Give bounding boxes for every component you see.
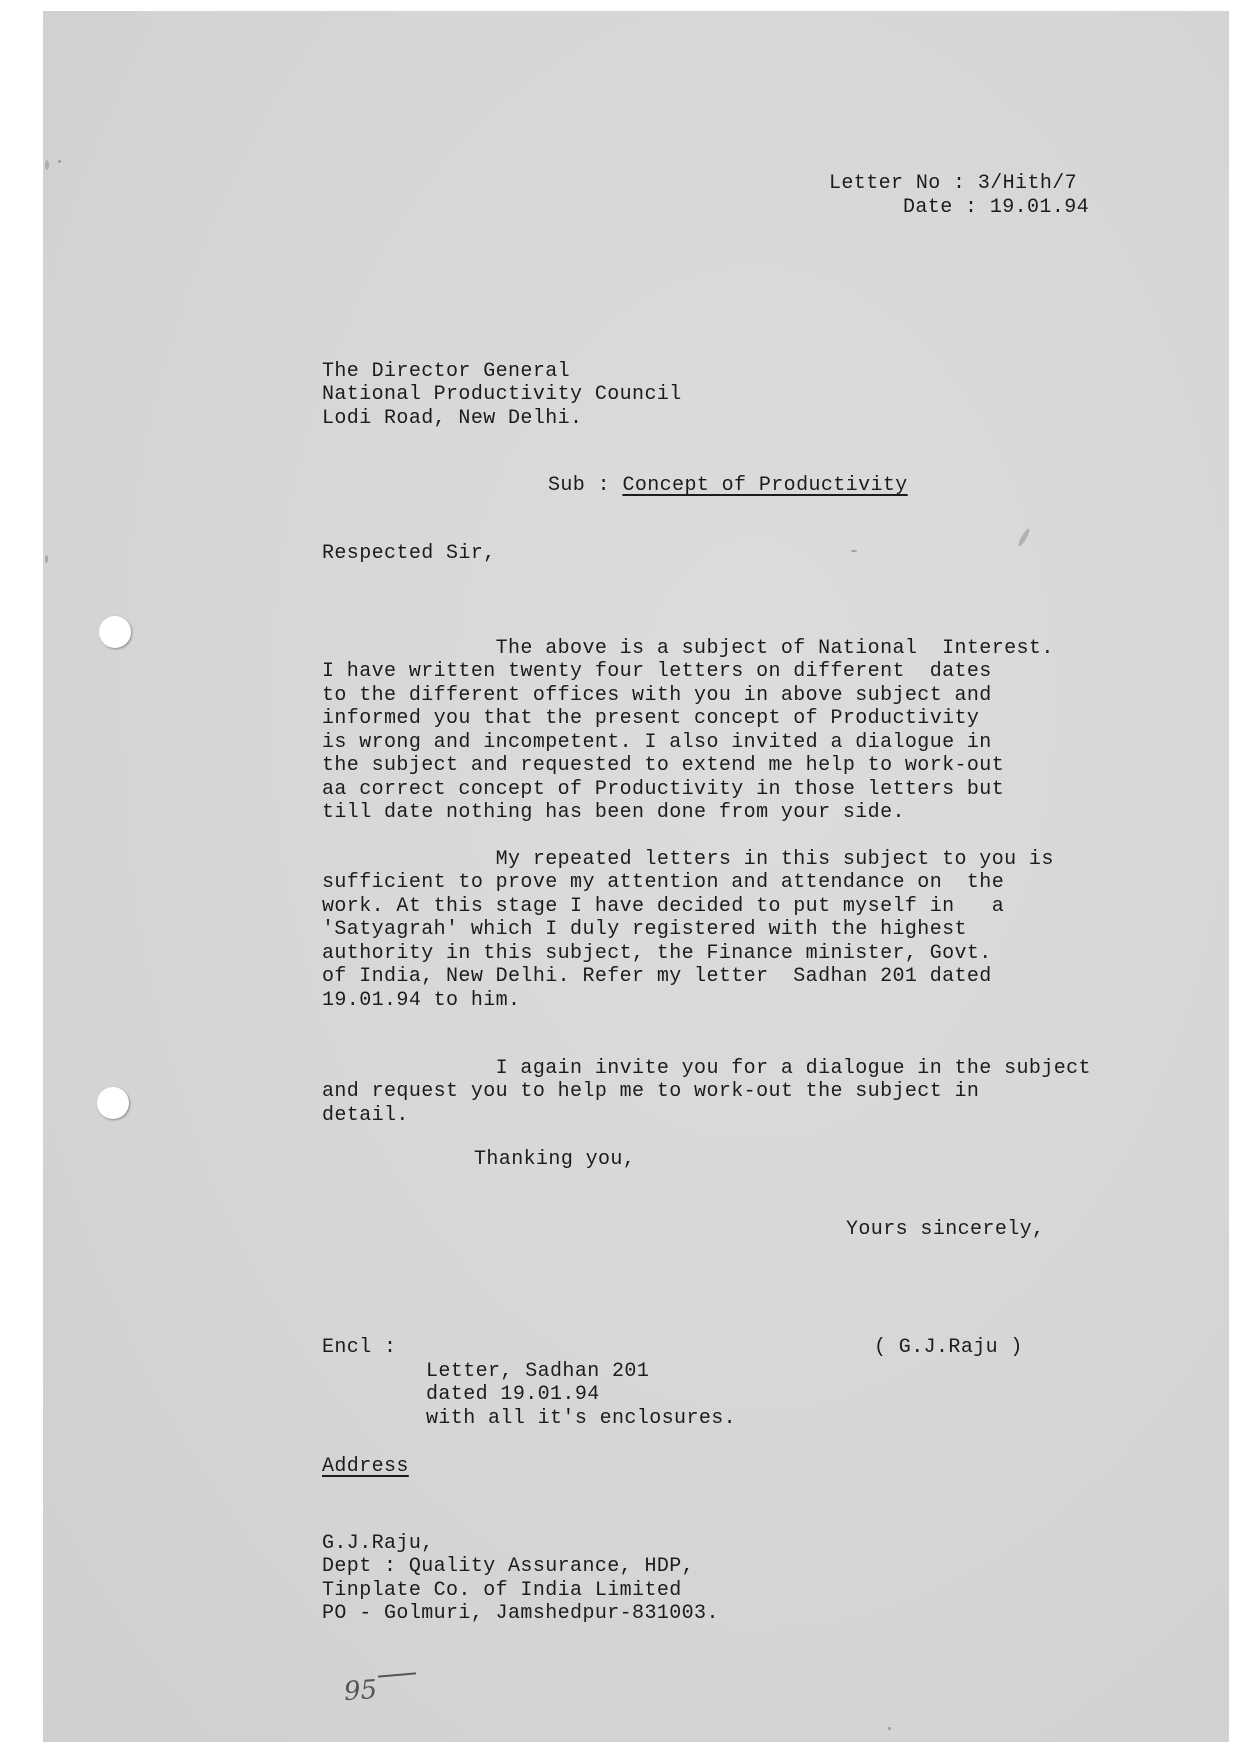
date-separator: :: [965, 196, 977, 219]
scan-speck: [58, 160, 61, 163]
paragraph-line: aa correct concept of Productivity in th…: [322, 778, 1054, 802]
letter-number-line: Letter No : 3/Hith/7: [829, 172, 1077, 196]
paragraph-line: of India, New Delhi. Refer my letter Sad…: [322, 965, 1054, 989]
subject-separator: :: [598, 474, 610, 497]
date-line: Date : 19.01.94: [903, 196, 1089, 220]
paragraph-line: informed you that the present concept of…: [322, 707, 1054, 731]
scan-speck: [45, 555, 48, 563]
paragraph-line: till date nothing has been done from you…: [322, 801, 1054, 825]
enclosure-list: Letter, Sadhan 201dated 19.01.94with all…: [426, 1336, 736, 1430]
paragraph-line: is wrong and incompetent. I also invited…: [322, 731, 1054, 755]
paragraph-line: sufficient to prove my attention and att…: [322, 871, 1054, 895]
letter-number-separator: :: [953, 172, 965, 195]
paragraph-line: the subject and requested to extend me h…: [322, 754, 1054, 778]
address-line: Dept : Quality Assurance, HDP,: [322, 1555, 719, 1579]
paragraph-line: My repeated letters in this subject to y…: [322, 848, 1054, 872]
date-label: Date: [903, 196, 953, 219]
enclosure-separator: :: [384, 1336, 396, 1359]
paragraph-line: 19.01.94 to him.: [322, 989, 1054, 1013]
subject-label: Sub: [548, 474, 585, 497]
paragraph-line: 'Satyagrah' which I duly registered with…: [322, 918, 1054, 942]
body-paragraph-2: My repeated letters in this subject to y…: [322, 824, 1054, 1012]
letter-number-value: 3/Hith/7: [978, 172, 1077, 195]
scan-speck: [888, 1727, 891, 1730]
scan-speck: [45, 160, 49, 170]
paragraph-line: detail.: [322, 1104, 1091, 1128]
address-heading: Address: [322, 1455, 409, 1479]
hole-punch-bottom: [97, 1087, 129, 1119]
paragraph-line: authority in this subject, the Finance m…: [322, 942, 1054, 966]
address-line: PO - Golmuri, Jamshedpur-831003.: [322, 1602, 719, 1626]
recipient-line: National Productivity Council: [322, 383, 682, 407]
subject-line: Sub : Concept of Productivity: [548, 474, 908, 498]
closing-sign-off: Yours sincerely,: [846, 1218, 1044, 1242]
recipient-address: The Director GeneralNational Productivit…: [322, 336, 682, 430]
handwritten-page-number: 95: [343, 1675, 378, 1707]
recipient-line: The Director General: [322, 360, 682, 384]
scan-speck: [851, 550, 857, 552]
subject-text: Concept of Productivity: [622, 474, 907, 497]
recipient-line: Lodi Road, New Delhi.: [322, 407, 682, 431]
body-paragraph-1: The above is a subject of National Inter…: [322, 613, 1054, 825]
enclosure-line: with all it's enclosures.: [426, 1407, 736, 1431]
paragraph-line: to the different offices with you in abo…: [322, 684, 1054, 708]
paragraph-line: and request you to help me to work-out t…: [322, 1080, 1091, 1104]
paragraph-line: The above is a subject of National Inter…: [322, 637, 1054, 661]
body-paragraph-3: I again invite you for a dialogue in the…: [322, 1033, 1091, 1127]
enclosure-line: dated 19.01.94: [426, 1383, 736, 1407]
hole-punch-top: [99, 616, 131, 648]
enclosure-line: Letter, Sadhan 201: [426, 1360, 736, 1384]
enclosure-label-text: Encl: [322, 1336, 372, 1359]
address-line: G.J.Raju,: [322, 1532, 719, 1556]
paragraph-line: I have written twenty four letters on di…: [322, 660, 1054, 684]
sender-address: G.J.Raju,Dept : Quality Assurance, HDP,T…: [322, 1508, 719, 1626]
paragraph-line: I again invite you for a dialogue in the…: [322, 1057, 1091, 1081]
date-value: 19.01.94: [990, 196, 1089, 219]
signatory-name: ( G.J.Raju ): [874, 1336, 1023, 1360]
enclosure-label: Encl :: [322, 1336, 396, 1360]
letter-number-label: Letter No: [829, 172, 941, 195]
paragraph-line: work. At this stage I have decided to pu…: [322, 895, 1054, 919]
address-line: Tinplate Co. of India Limited: [322, 1579, 719, 1603]
salutation: Respected Sir,: [322, 542, 496, 566]
closing-thanks: Thanking you,: [474, 1148, 635, 1172]
